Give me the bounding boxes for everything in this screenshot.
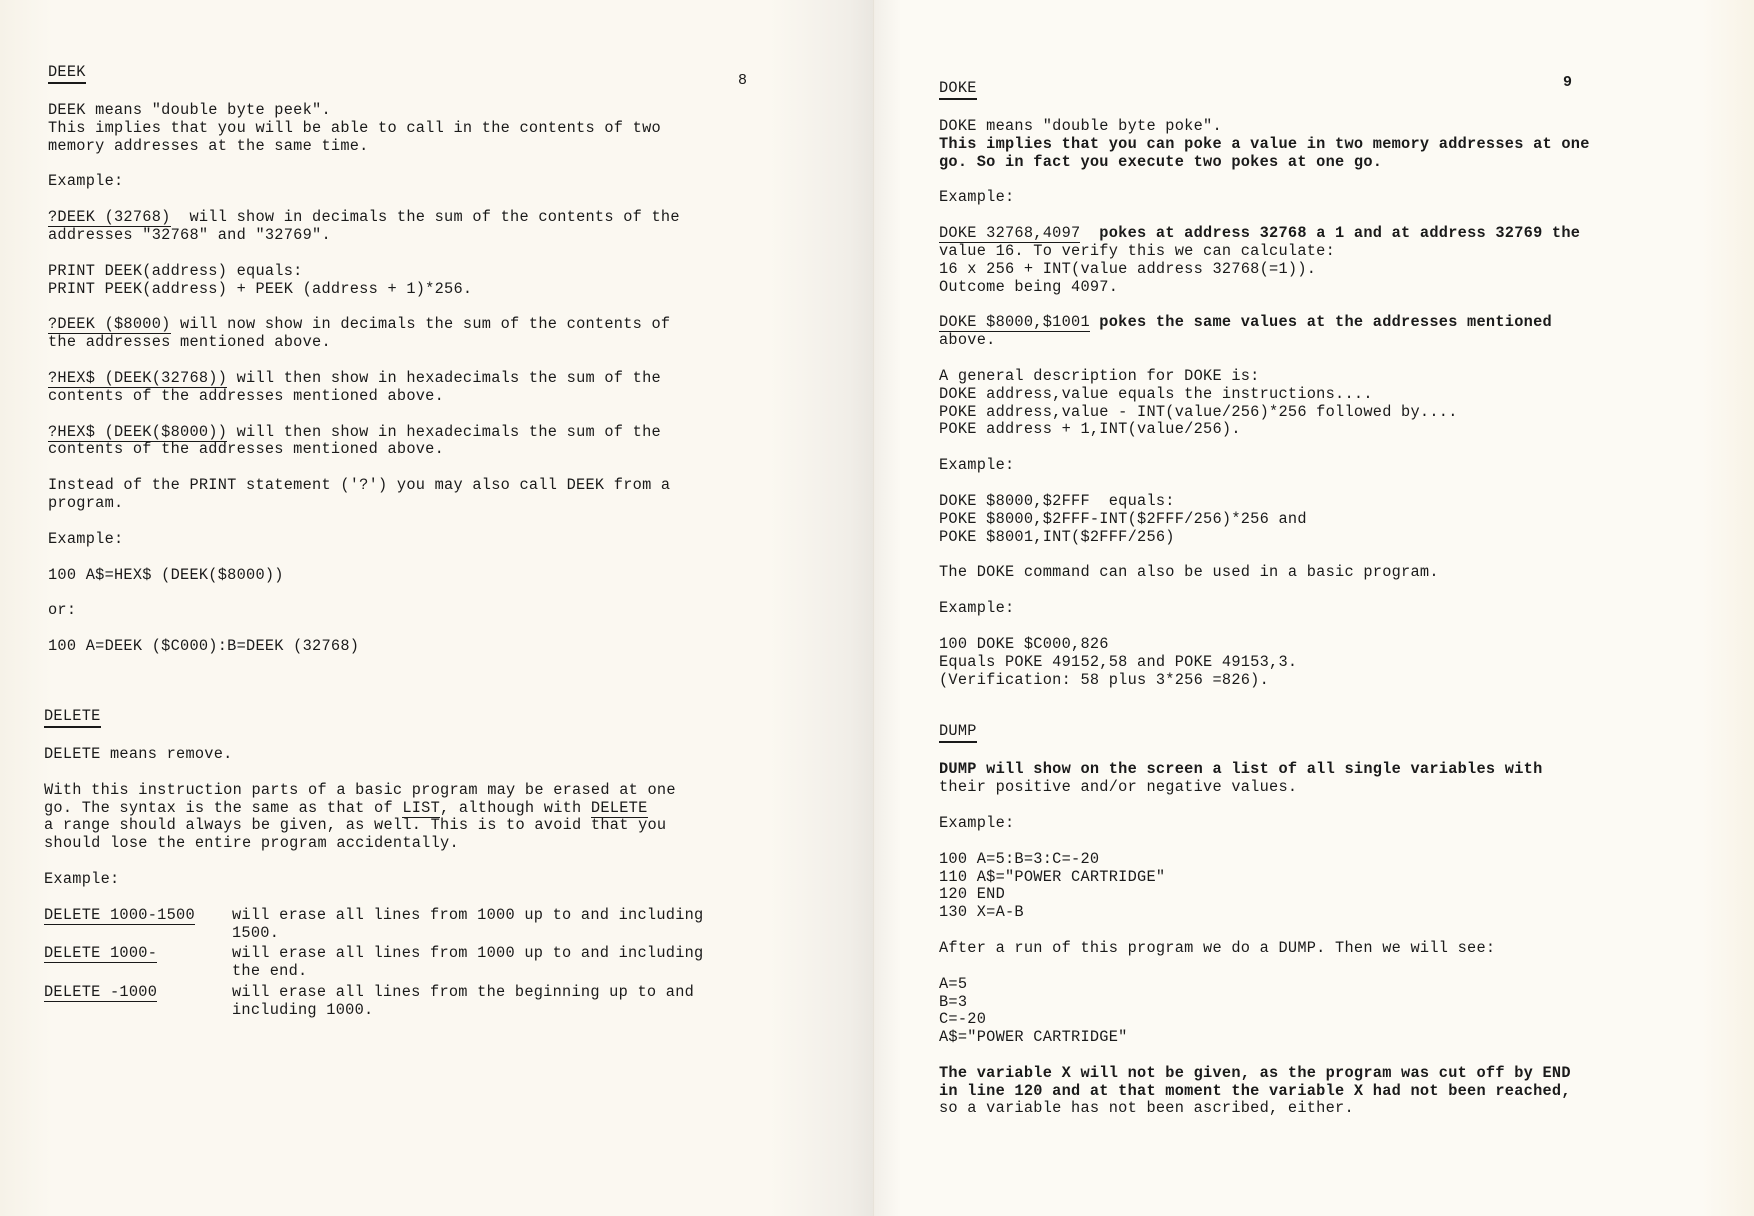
doke-program-note: The DOKE command can also be used in a b… (939, 564, 1669, 582)
deek-example-3: ?HEX$ (DEEK(32768)) will then show in he… (48, 370, 758, 388)
delete-example-cmd: DELETE 1000-1500 (44, 906, 195, 925)
dump-intro-2: their positive and/or negative values. (939, 779, 1669, 797)
deek-example-1-cmd: ?DEEK (32768) (48, 208, 171, 227)
doke-general-3: POKE address,value - INT(value/256)*256 … (939, 404, 1669, 422)
doke-intro-3: go. So in fact you execute two pokes at … (939, 154, 1669, 172)
dump-output-line: C=-20 (939, 1011, 1669, 1029)
deek-code-2: 100 A=DEEK ($C000):B=DEEK (32768) (48, 638, 758, 656)
doke-example-1-cont-3: Outcome being 4097. (939, 279, 1669, 297)
deek-instead-1: Instead of the PRINT statement ('?') you… (48, 477, 758, 495)
deek-intro-3: memory addresses at the same time. (48, 138, 758, 156)
doke-heading: DOKE (939, 80, 977, 100)
doke-example-1-cmd: DOKE 32768,4097 (939, 224, 1080, 243)
delete-example-cmd: DELETE -1000 (44, 983, 157, 1002)
book-spread: 8 DEEK DEEK means "double byte peek". Th… (0, 0, 1754, 1216)
deek-example-3-cmd: ?HEX$ (DEEK(32768)) (48, 369, 227, 388)
deek-heading: DEEK (48, 64, 86, 84)
doke-example-1: DOKE 32768,4097 pokes at address 32768 a… (939, 225, 1669, 243)
dump-output-line: B=3 (939, 994, 1669, 1012)
right-page: 9 DOKE DOKE means "double byte poke". Th… (875, 0, 1754, 1216)
delete-example-cmd: DELETE 1000- (44, 944, 157, 963)
deek-print-2: PRINT PEEK(address) + PEEK (address + 1)… (48, 281, 758, 299)
doke-example-label-2: Example: (939, 457, 1669, 475)
dump-section: DUMP DUMP will show on the screen a list… (939, 723, 1669, 1118)
doke-example-3-line-2: POKE $8000,$2FFF-INT($2FFF/256)*256 and (939, 511, 1669, 529)
doke-example-4-line-2: Equals POKE 49152,58 and POKE 49153,3. (939, 654, 1669, 672)
doke-example-2-cont: above. (939, 332, 1669, 350)
doke-general-1: A general description for DOKE is: (939, 368, 1669, 386)
dump-program-line: 130 X=A-B (939, 904, 1669, 922)
doke-example-3-line-3: POKE $8001,INT($2FFF/256) (939, 529, 1669, 547)
dump-output-line: A$="POWER CARTRIDGE" (939, 1029, 1669, 1047)
deek-example-3-text: will then show in hexadecimals the sum o… (227, 369, 661, 387)
doke-example-2-text: pokes the same values at the addresses m… (1090, 313, 1552, 331)
dump-intro-1: DUMP will show on the screen a list of a… (939, 761, 1669, 779)
doke-example-1-cont-1: value 16. To verify this we can calculat… (939, 243, 1669, 261)
deek-intro-1: DEEK means "double byte peek". (48, 102, 758, 120)
deek-example-1-text: will show in decimals the sum of the con… (171, 208, 680, 226)
deek-example-4-cmd: ?HEX$ (DEEK($8000)) (48, 423, 227, 442)
doke-example-3-line-1: DOKE $8000,$2FFF equals: (939, 493, 1669, 511)
deek-example-4-cont: contents of the addresses mentioned abov… (48, 441, 758, 459)
dump-program-line: 120 END (939, 886, 1669, 904)
delete-example-desc: will erase all lines from 1000 up to and… (232, 907, 758, 943)
deek-code-1: 100 A$=HEX$ (DEEK($8000)) (48, 567, 758, 585)
delete-para-2-b: , although with (440, 799, 591, 817)
deek-or-label: or: (48, 602, 758, 620)
deek-intro-2: This implies that you will be able to ca… (48, 120, 758, 138)
deek-example-label: Example: (48, 173, 758, 191)
delete-example-label: Example: (44, 871, 758, 889)
deek-example-3-cont: contents of the addresses mentioned abov… (48, 388, 758, 406)
doke-example-1-text: pokes at address 32768 a 1 and at addres… (1080, 224, 1580, 242)
delete-heading: DELETE (44, 708, 101, 728)
doke-intro-1: DOKE means "double byte poke". (939, 118, 1669, 136)
right-page-content: DOKE DOKE means "double byte poke". This… (939, 80, 1669, 1118)
dump-closing-1: The variable X will not be given, as the… (939, 1065, 1669, 1083)
left-page: 8 DEEK DEEK means "double byte peek". Th… (0, 0, 875, 1216)
deek-example-2-cmd: ?DEEK ($8000) (48, 315, 171, 334)
deek-section: DEEK DEEK means "double byte peek". This… (48, 64, 758, 656)
delete-examples: DELETE 1000-1500 will erase all lines fr… (44, 907, 758, 1020)
dump-closing-2: in line 120 and at that moment the varia… (939, 1083, 1669, 1101)
deek-example-2: ?DEEK ($8000) will now show in decimals … (48, 316, 758, 334)
left-page-content: DEEK DEEK means "double byte peek". This… (48, 64, 758, 1020)
doke-general-2: DOKE address,value equals the instructio… (939, 386, 1669, 404)
delete-example-desc: will erase all lines from 1000 up to and… (232, 945, 758, 981)
doke-intro-2: This implies that you can poke a value i… (939, 136, 1669, 154)
delete-example-term: DELETE 1000-1500 (44, 907, 232, 946)
doke-example-2-cmd: DOKE $8000,$1001 (939, 313, 1090, 332)
delete-example-term: DELETE 1000- (44, 945, 232, 984)
dump-program-line: 100 A=5:B=3:C=-20 (939, 851, 1669, 869)
doke-section: DOKE DOKE means "double byte poke". This… (939, 80, 1669, 689)
dump-example-label: Example: (939, 815, 1669, 833)
delete-section: DELETE DELETE means remove. With this in… (44, 708, 758, 1020)
doke-example-1-cont-2: 16 x 256 + INT(value address 32768(=1)). (939, 261, 1669, 279)
deek-example-label-2: Example: (48, 531, 758, 549)
delete-example-desc: will erase all lines from the beginning … (232, 984, 758, 1020)
deek-print-1: PRINT DEEK(address) equals: (48, 263, 758, 281)
doke-example-4-line-1: 100 DOKE $C000,826 (939, 636, 1669, 654)
dump-output-line: A=5 (939, 976, 1669, 994)
delete-intro: DELETE means remove. (44, 746, 758, 764)
deek-example-2-text: will now show in decimals the sum of the… (171, 315, 671, 333)
deek-example-1-cont: addresses "32768" and "32769". (48, 227, 758, 245)
dump-after-run: After a run of this program we do a DUMP… (939, 940, 1669, 958)
delete-example-term: DELETE -1000 (44, 984, 232, 1020)
deek-instead-2: program. (48, 495, 758, 513)
deek-example-4-text: will then show in hexadecimals the sum o… (227, 423, 661, 441)
list-keyword: LIST (402, 799, 440, 818)
doke-general-4: POKE address + 1,INT(value/256). (939, 421, 1669, 439)
delete-keyword: DELETE (591, 799, 648, 818)
delete-para-2: go. The syntax is the same as that of LI… (44, 800, 758, 818)
doke-example-2: DOKE $8000,$1001 pokes the same values a… (939, 314, 1669, 332)
dump-closing-3: so a variable has not been ascribed, eit… (939, 1100, 1669, 1118)
doke-example-label: Example: (939, 189, 1669, 207)
delete-para-4: should lose the entire program accidenta… (44, 835, 758, 853)
dump-heading: DUMP (939, 723, 977, 743)
deek-example-2-cont: the addresses mentioned above. (48, 334, 758, 352)
doke-example-label-3: Example: (939, 600, 1669, 618)
deek-example-1: ?DEEK (32768) will show in decimals the … (48, 209, 758, 227)
dump-program-line: 110 A$="POWER CARTRIDGE" (939, 869, 1669, 887)
delete-para-1: With this instruction parts of a basic p… (44, 782, 758, 800)
doke-example-4-line-3: (Verification: 58 plus 3*256 =826). (939, 672, 1669, 690)
deek-example-4: ?HEX$ (DEEK($8000)) will then show in he… (48, 424, 758, 442)
delete-para-2-a: go. The syntax is the same as that of (44, 799, 402, 817)
delete-para-3: a range should always be given, as well.… (44, 817, 758, 835)
